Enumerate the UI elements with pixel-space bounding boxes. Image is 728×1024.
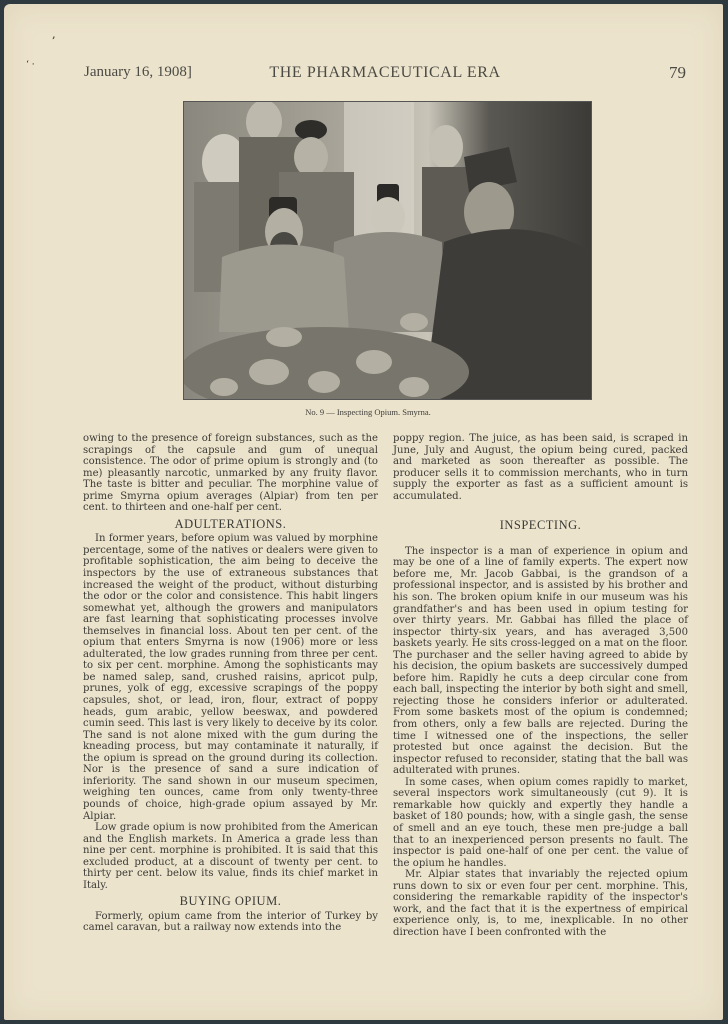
left-paragraph-4: Formerly, opium came from the interior o… xyxy=(83,911,378,934)
running-header: January 16, 1908] THE PHARMACEUTICAL ERA… xyxy=(84,64,686,84)
left-paragraph-3: Low grade opium is now prohibited from t… xyxy=(83,822,378,891)
right-paragraph-1: poppy region. The juice, as has been sai… xyxy=(393,433,688,502)
ink-speck: ‘ · xyxy=(26,60,35,70)
heading-inspecting: INSPECTING. xyxy=(393,520,688,532)
right-paragraph-2: The inspector is a man of experience in … xyxy=(393,546,688,777)
left-column: owing to the presence of foreign substan… xyxy=(83,433,378,934)
figure-photo xyxy=(183,101,592,400)
scanned-page: ‚ ‘ · January 16, 1908] THE PHARMACEUTIC… xyxy=(4,4,723,1020)
heading-adulterations: ADULTERATIONS. xyxy=(83,519,378,531)
left-paragraph-1: owing to the presence of foreign substan… xyxy=(83,433,378,514)
right-paragraph-3: In some cases, when opium comes rapidly … xyxy=(393,777,688,869)
page-number: 79 xyxy=(669,63,686,83)
right-column: poppy region. The juice, as has been sai… xyxy=(393,433,688,938)
publication-title: THE PHARMACEUTICAL ERA xyxy=(84,64,686,82)
left-paragraph-2: In former years, before opium was valued… xyxy=(83,533,378,822)
figure-caption: No. 9 — Inspecting Opium. Smyrna. xyxy=(4,407,728,417)
ink-speck: ‚ xyxy=(52,28,56,41)
heading-buying-opium: BUYING OPIUM. xyxy=(83,896,378,908)
right-paragraph-4: Mr. Alpiar states that invariably the re… xyxy=(393,869,688,938)
photo-illustration xyxy=(184,102,591,399)
